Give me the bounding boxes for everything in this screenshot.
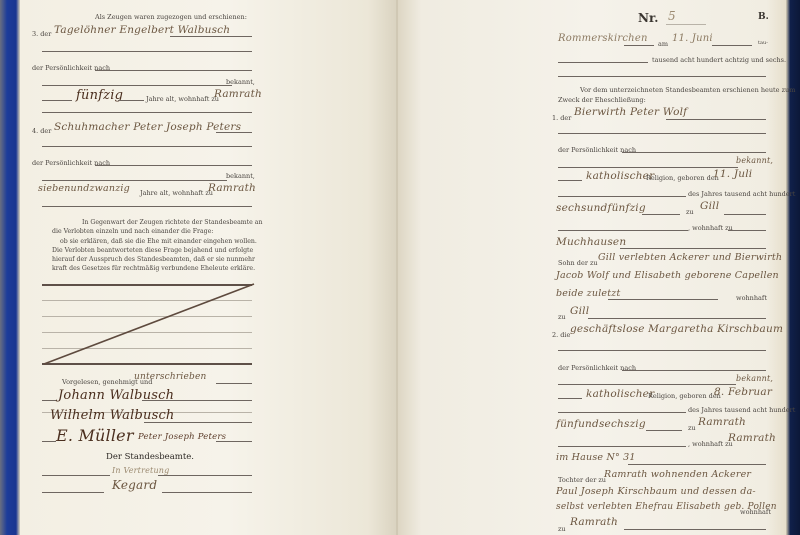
rule: [622, 152, 766, 153]
rule: [558, 446, 686, 447]
rule: [666, 119, 766, 120]
bride-religion: katholischer: [586, 388, 654, 400]
bride-residence: Ramrath: [728, 432, 776, 444]
rule: [558, 196, 686, 197]
rule: [712, 45, 752, 46]
ceremony-line: In Gegenwart der Zeugen richtete der Sta…: [52, 218, 262, 227]
groom-parents-line-2: Jacob Wolf und Elisabeth geborene Capell…: [556, 270, 779, 281]
rule: [42, 475, 110, 476]
rule: [558, 412, 686, 413]
rule: [558, 350, 766, 351]
rule: [728, 230, 766, 231]
rule: [42, 400, 56, 401]
rule: [558, 384, 736, 385]
bride-religion-label: Religion, geboren den: [648, 392, 721, 400]
bride-residence-label: , wohnhaft zu: [688, 440, 733, 448]
witness3-residence: Ramrath: [214, 88, 262, 100]
rule: [724, 214, 766, 215]
rule: [142, 400, 252, 401]
ceremony-line: hierauf der Ausspruch des Standesbeamten…: [52, 255, 262, 264]
rule: [558, 133, 766, 134]
rule: [608, 299, 718, 300]
book-binding-right: [786, 0, 800, 535]
rule: [558, 398, 582, 399]
signature-4: Peter Joseph Peters: [138, 432, 226, 442]
rule: [624, 529, 766, 530]
witness3-known: bekannt,: [226, 78, 255, 86]
bride-parents-label: Tochter der zu: [558, 476, 606, 484]
rule: [42, 51, 252, 52]
groom-residence-label: , wohnhaft zu: [688, 224, 733, 232]
record-number: 5: [668, 9, 676, 23]
rule: [158, 475, 252, 476]
witness3-age: fünfzig: [76, 88, 123, 103]
rule: [95, 70, 252, 71]
groom-religion-label: Religion, geboren den: [646, 174, 719, 182]
bride-parents-residence-prefix: zu: [558, 525, 566, 533]
intro-line-2: Zweck der Eheschließung:: [558, 96, 646, 104]
rule: [42, 180, 227, 181]
groom-parents-residence: Gill: [570, 305, 589, 317]
groom-religion: katholischer: [586, 170, 654, 182]
date: 11. Juni: [672, 33, 713, 44]
ceremony-line: ob sie erklären, daß sie die Ehe mit ein…: [52, 237, 262, 246]
rule: [118, 100, 144, 101]
witness4-residence: Ramrath: [208, 182, 256, 194]
witness4-age: siebenundzwanzig: [38, 183, 130, 194]
place: Rommerskirchen: [558, 33, 648, 44]
book-binding-left: [0, 0, 20, 535]
rule: [170, 36, 252, 37]
witness3-prefix: 3. der: [32, 30, 51, 38]
rule: [558, 180, 582, 181]
rule: [642, 214, 680, 215]
rule: [622, 370, 766, 371]
rule: [216, 441, 252, 442]
closing-hand: unterschrieben: [134, 372, 206, 382]
rule: [216, 383, 252, 384]
bride-birth-year: fünfundsechszig: [556, 418, 646, 430]
rule: [628, 464, 766, 465]
strikethrough-diagonal: [40, 280, 260, 370]
rule: [95, 165, 252, 166]
groom-name: Bierwirth Peter Wolf: [574, 106, 687, 118]
bride-year-label: des Jahres tausend acht hundert: [688, 406, 795, 414]
ceremony-line: Die Verlobten beantworteten diese Frage …: [52, 246, 262, 255]
rule: [588, 318, 766, 319]
groom-prefix: 1. der: [552, 114, 571, 122]
bride-birth-date: 8. Februar: [714, 386, 772, 398]
witness4-age-label: Jahre alt, wohnhaft zu: [140, 189, 213, 197]
rule: [42, 492, 104, 493]
witness3-age-label: Jahre alt, wohnhaft zu: [146, 95, 219, 103]
rule: [42, 146, 252, 147]
groom-year-label: des Jahres tausend acht hundert: [688, 190, 795, 198]
bride-name: geschäftslose Margaretha Kirschbaum: [570, 323, 783, 335]
rule: [42, 112, 252, 113]
official-signature: Kegard: [112, 478, 157, 492]
ceremony-line: kraft des Gesetzes für rechtmäßig verbun…: [52, 264, 262, 273]
rule: [558, 167, 738, 168]
bride-parents-residence-label: wohnhaft: [740, 508, 771, 516]
bride-birthplace: Ramrath: [698, 416, 746, 428]
bride-parents-line-1: Ramrath wohnenden Ackerer: [604, 469, 751, 480]
ceremony-line: die Verlobten einzeln und nach einander …: [52, 227, 262, 236]
rule: [646, 430, 682, 431]
date-den: tau-: [758, 40, 768, 46]
rule: [558, 230, 688, 231]
official-note: In Vertretung: [112, 466, 169, 475]
bride-birthplace-label: zu: [688, 424, 696, 432]
groom-parents-label: Sohn der zu: [558, 259, 598, 267]
groom-parents-residence-label: wohnhaft: [736, 294, 767, 302]
bride-house: im Hause N° 31: [556, 452, 636, 463]
groom-birth-year: sechsundfünfzig: [556, 202, 646, 214]
rule: [620, 248, 766, 249]
rule: [42, 100, 72, 101]
rule: [666, 24, 706, 25]
rule: [558, 62, 648, 63]
witness4-prefix: 4. der: [32, 127, 51, 135]
bride-parents-line-2: Paul Joseph Kirschbaum und dessen da-: [556, 486, 756, 497]
rule: [144, 422, 252, 423]
rule: [42, 206, 252, 207]
official-heading: Der Standesbeamte.: [106, 452, 194, 462]
left-page: Als Zeugen waren zugezogen und erschiene…: [20, 0, 398, 535]
groom-birth-date: 11. Juli: [713, 168, 752, 180]
rule: [42, 441, 56, 442]
year-text: tausend acht hundert achtzig und sechs.: [652, 56, 786, 64]
record-number-label: Nr.: [638, 11, 658, 25]
signature-2: Wilhelm Walbusch: [50, 408, 175, 423]
groom-known: bekannt,: [736, 156, 773, 165]
rule: [42, 85, 232, 86]
bride-parents-residence: Ramrath: [570, 516, 618, 528]
groom-birthplace-label: zu: [686, 208, 694, 216]
groom-parents-line-3: beide zuletzt: [556, 288, 621, 299]
rule: [624, 45, 654, 46]
date-label: am: [658, 40, 668, 48]
register-letter: B.: [758, 12, 769, 22]
ceremony-text: In Gegenwart der Zeugen richtete der Sta…: [52, 218, 262, 274]
witness4-name: Schuhmacher Peter Joseph Peters: [54, 121, 241, 133]
intro-line-1: Vor dem unterzeichneten Standesbeamten e…: [580, 86, 795, 94]
rule: [558, 76, 766, 77]
witness3-name: Tagelöhner Engelbert Walbusch: [54, 24, 230, 36]
rule: [162, 492, 252, 493]
bride-prefix: 2. die: [552, 331, 570, 339]
groom-parents-residence-prefix: zu: [558, 313, 566, 321]
rule: [216, 132, 252, 133]
groom-parents-line-1: Gill verlebten Ackerer und Bierwirth: [598, 252, 782, 263]
witnesses-intro: Als Zeugen waren zugezogen und erschiene…: [95, 13, 247, 21]
groom-birthplace: Gill: [700, 200, 719, 212]
signature-3: E. Müller: [56, 426, 134, 445]
right-page: Nr. 5 B. Rommerskirchen am 11. Juni tau-…: [398, 0, 786, 535]
groom-residence: Muchhausen: [556, 236, 626, 248]
witness4-known: bekannt,: [226, 172, 255, 180]
bride-known: bekannt,: [736, 374, 773, 383]
